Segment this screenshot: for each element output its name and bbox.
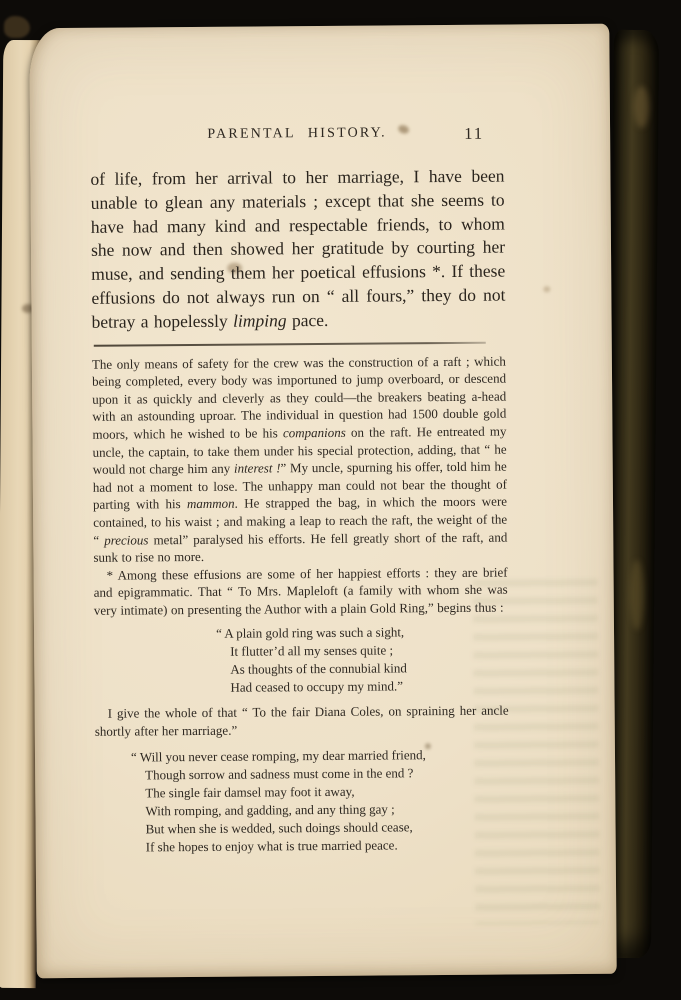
running-head-title: PARENTAL HISTORY.: [90, 125, 504, 144]
foxing-spot: [543, 286, 550, 292]
footnote-italic-interest: interest !: [234, 460, 281, 475]
footnote-italic-precious: precious: [104, 532, 148, 547]
board-wear-patch: [634, 86, 649, 128]
binding-corner-fragment: [4, 16, 30, 38]
book-page: PARENTAL HISTORY. 11 of life, from her a…: [29, 24, 616, 979]
main-paragraph-segment: of life, from her arrival to her marriag…: [90, 166, 505, 332]
text-column: PARENTAL HISTORY. 11 of life, from her a…: [89, 25, 509, 857]
main-paragraph-segment: pace.: [286, 310, 328, 330]
footnote-asterisk-note: * Among these effusions are some of her …: [94, 563, 508, 619]
verse-gold-ring: “ A plain gold ring was such a sight, It…: [216, 623, 509, 697]
verse-line: “ A plain gold ring was such a sight,: [216, 623, 508, 643]
verse-diana-coles: “ Will you never cease romping, my dear …: [131, 745, 510, 856]
main-paragraph-italic-limping: limping: [233, 310, 287, 330]
footnote-italic-companions: companions: [283, 425, 346, 440]
footnote-italic-mammon: mammon: [187, 496, 235, 511]
verse-line: Had ceased to occupy my mind.”: [230, 677, 508, 697]
footnote-segment: metal” paralysed his efforts. He fell gr…: [93, 529, 507, 565]
main-paragraph: of life, from her arrival to her marriag…: [90, 165, 505, 335]
page-number: 11: [464, 124, 484, 144]
verse-line: If she hopes to enjoy what is true marri…: [146, 835, 510, 856]
footnote-diana-intro: I give the whole of that “ To the fair D…: [95, 702, 509, 740]
footnote-separator-rule: [94, 341, 486, 346]
running-head: PARENTAL HISTORY. 11: [90, 125, 504, 148]
verse-line: It flutter’d all my senses quite ;: [230, 641, 508, 661]
verse-line: As thoughts of the connubial kind: [230, 659, 508, 679]
photograph-scene: PARENTAL HISTORY. 11 of life, from her a…: [0, 0, 681, 1000]
footnote-continuation: The only means of safety for the crew wa…: [92, 352, 508, 566]
board-wear-patch: [630, 560, 644, 630]
